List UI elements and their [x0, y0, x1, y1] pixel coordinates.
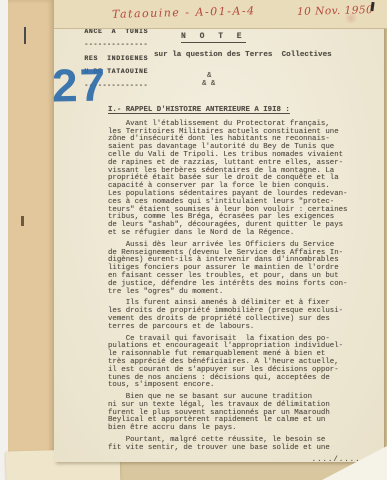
note-subject: sur la question des Terres Collectives	[154, 51, 332, 59]
continuation-mark: ..../.....	[108, 457, 366, 465]
folio-number-stamp: 27	[52, 62, 108, 109]
folder-edge-strip	[8, 0, 54, 480]
typed-body: I.- RAPPEL D'HISTOIRE ANTERIEURE A I9I8 …	[108, 107, 366, 464]
handwritten-date: 10 Nov. 1950	[297, 4, 374, 18]
document-page: ENCE GENERALE ANCE A TUNIS -------------…	[54, 0, 384, 462]
paragraph-1: Avant l'établissement du Protectorat fra…	[108, 121, 366, 238]
paragraph-3: Ils furent ainsi amenés à délimiter et à…	[108, 300, 366, 331]
paragraph-4: Ce travail qui favorisait la fixation de…	[108, 336, 366, 391]
stamp-line-3: --------------	[84, 41, 148, 48]
section-heading: I.- RAPPEL D'HISTOIRE ANTERIEURE A I9I8 …	[108, 107, 366, 115]
ornament-ampersand-bottom: & &	[202, 80, 215, 88]
paragraph-6: Pourtant, malgré cette réussite, le beso…	[108, 437, 366, 453]
scanned-document: ENCE GENERALE ANCE A TUNIS -------------…	[0, 0, 387, 480]
ornament-ampersand-top: &	[207, 72, 211, 80]
ink-smudge	[344, 12, 358, 24]
staple-mark-left-middle	[21, 216, 24, 226]
note-title: N O T E	[181, 32, 246, 43]
scanner-edge-strip	[0, 0, 8, 480]
paragraph-2: Aussi dès leur arrivée les Officiers du …	[108, 242, 366, 297]
paragraph-5: Bien que ne se basant sur aucune traditi…	[108, 394, 366, 433]
pen-mark-left	[24, 27, 26, 44]
